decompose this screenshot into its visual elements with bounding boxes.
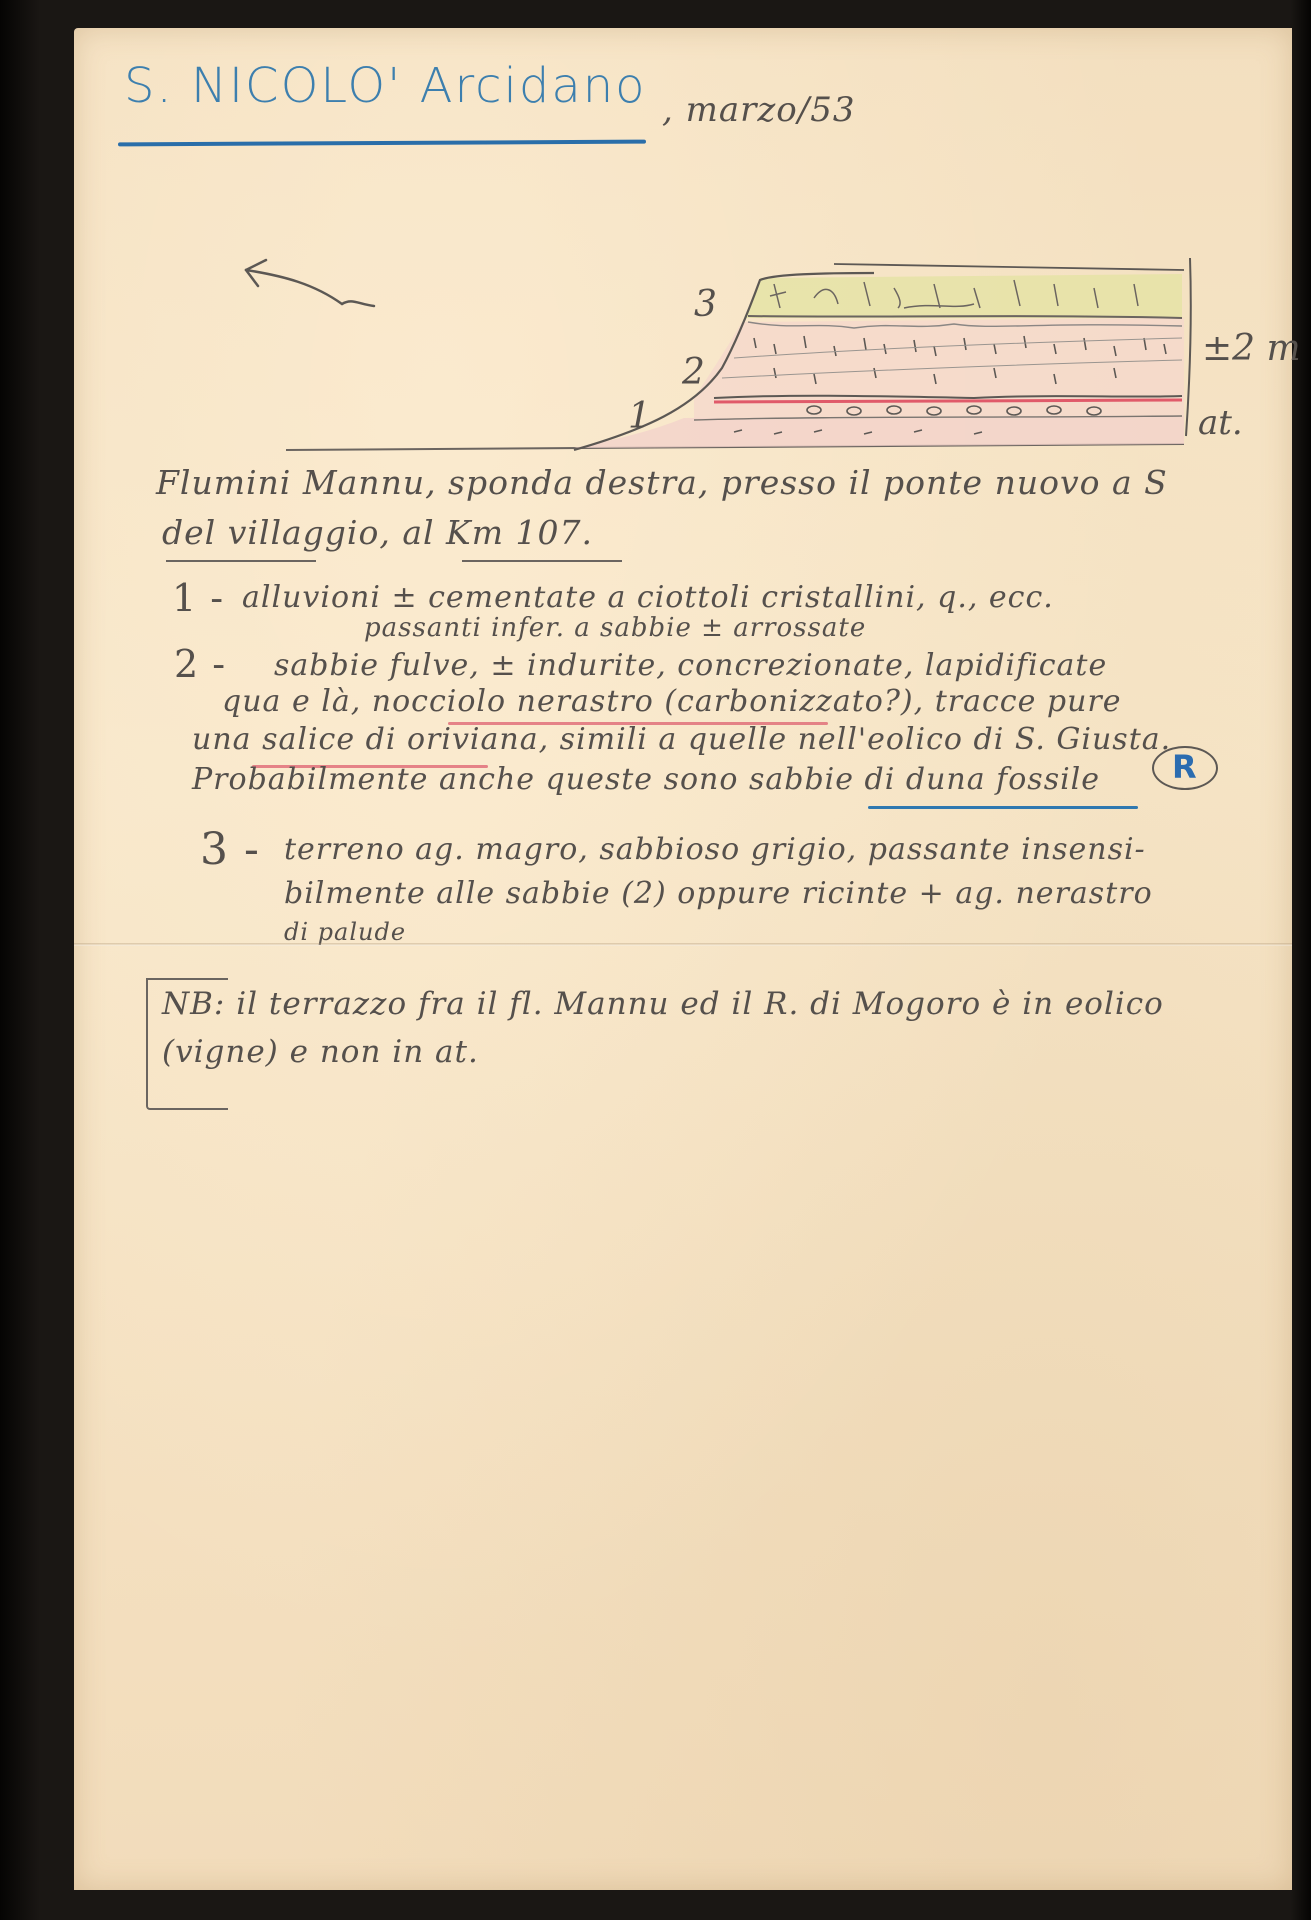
note-line-1: NB: il terrazzo fra il fl. Mannu ed il R… <box>162 986 1164 1022</box>
direction-arrow-icon <box>246 260 374 306</box>
layer-label-2: 2 <box>681 352 705 393</box>
underline-km <box>462 560 622 562</box>
blue-underline-duna-fossile <box>868 806 1138 809</box>
circled-r-mark: R <box>1152 746 1218 790</box>
item-2-line-1: sabbie fulve, ± indurite, concrezionate,… <box>274 648 1107 683</box>
page-fold-line <box>74 943 1292 946</box>
layer-label-1: 1 <box>628 396 651 437</box>
title-underline <box>118 140 646 147</box>
item-2-number: 2 - <box>174 642 226 686</box>
item-3-line-3: di palude <box>284 918 406 946</box>
underline-villaggio <box>166 560 316 562</box>
item-2-line-2: qua e là, nocciolo nerastro (carbonizzat… <box>222 684 1122 719</box>
page-date: , marzo/53 <box>662 90 855 130</box>
notebook-page: S. NICOLO' Arcidano , marzo/53 <box>74 28 1292 1890</box>
terrace-cross-section-sketch: 3 2 1 ±2 m at. <box>174 218 1311 458</box>
level-annotation: at. <box>1198 403 1243 443</box>
item-3-number: 3 - <box>200 824 260 875</box>
item-1-number: 1 - <box>172 576 224 620</box>
item-3-line-2: bilmente alle sabbie (2) oppure ricinte … <box>284 876 1153 911</box>
item-2-line-4: Probabilmente anche queste sono sabbie d… <box>192 762 1100 797</box>
location-line-2: del villaggio, al Km 107. <box>162 513 593 552</box>
item-2-line-3: una salice di oriviana, simili a quelle … <box>192 722 1171 757</box>
item-3-line-1: terreno ag. magro, sabbioso grigio, pass… <box>284 832 1146 867</box>
page-title: S. NICOLO' Arcidano <box>124 58 647 114</box>
item-1-line-1: alluvioni ± cementate a ciottoli cristal… <box>242 580 1054 615</box>
layer-label-3: 3 <box>694 284 717 325</box>
item-1-line-2: passanti infer. a sabbie ± arrossate <box>364 613 866 643</box>
height-annotation: ±2 m <box>1202 328 1301 369</box>
location-line-1: Flumini Mannu, sponda destra, presso il … <box>156 463 1168 502</box>
note-line-2: (vigne) e non in at. <box>162 1034 479 1070</box>
